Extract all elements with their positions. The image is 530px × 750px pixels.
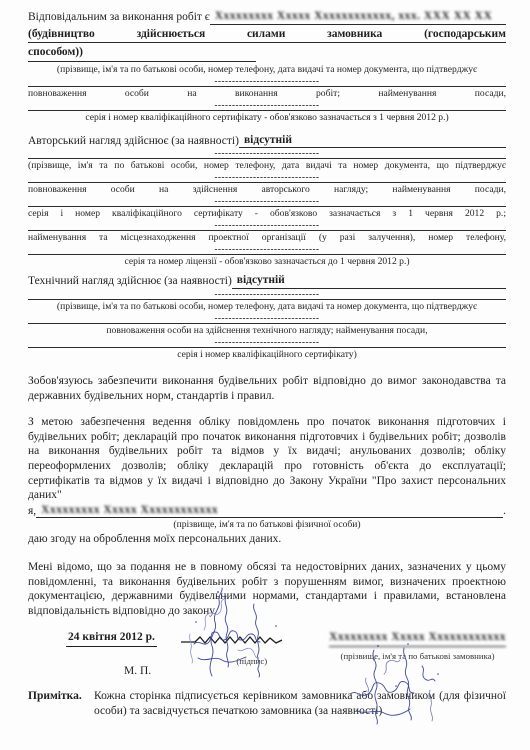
responsible-name-field: Ххххххххх Ххххх Хххххххххххх, ххх. ХХХ Х…	[210, 9, 506, 25]
author-caption-4: найменування та місцезнаходження проектн…	[28, 232, 506, 244]
dashes-separator: ------------------------------	[28, 78, 506, 85]
consent-suffix: .	[503, 504, 506, 519]
scanned-declaration-page: { "separator_dashes": "-----------------…	[0, 0, 530, 750]
field-rule	[28, 230, 506, 231]
dashes-separator: ------------------------------	[28, 198, 506, 205]
field-rule	[28, 206, 506, 207]
signature-date-column: 24 квітня 2012 р. М. П.	[28, 630, 180, 678]
tech-supervision-value: відсутній	[237, 274, 285, 286]
registry-paragraph: З метою забезпечення ведення обліку пові…	[28, 415, 506, 503]
responsible-caption-2: повноваження особи на виконання робіт; н…	[28, 88, 506, 100]
dashes-separator: ------------------------------	[28, 222, 506, 229]
consent-name-field: Ххххххххх Ххххх Хххххххххххх	[36, 503, 503, 519]
dashes-separator: ------------------------------	[28, 246, 506, 253]
field-rule	[28, 86, 506, 87]
author-supervision-value: відсутній	[244, 134, 292, 146]
method-line-1: (будівництво здійснюється силами замовни…	[28, 27, 506, 44]
consent-caption: (прізвище, ім'я та по батькові фізичної …	[28, 519, 506, 531]
liability-paragraph: Мені відомо, що за подання не в повному …	[28, 560, 506, 618]
consent-prefix: я,	[28, 504, 36, 519]
field-rule	[28, 299, 506, 300]
redacted-executor-name: Ххххххххх Ххххх Хххххххххххх, ххх. ХХХ Х…	[215, 10, 493, 22]
consent-statement: даю згоду на оброблення моїх персональни…	[28, 532, 506, 547]
note-text: Кожна сторінка підписується керівником з…	[94, 689, 506, 718]
responsible-caption-3: серія і номер кваліфікаційного сертифіка…	[28, 112, 506, 124]
customer-name-column: Ххххххххх Ххххх Хххххххххххх (прізвище, …	[323, 630, 506, 678]
signature-zigzag-line	[180, 634, 288, 648]
obligation-paragraph: Зобов'язуюсь забезпечити виконання будів…	[28, 374, 506, 403]
dashes-separator: ------------------------------	[28, 291, 506, 298]
tech-supervision-field: відсутній	[232, 273, 506, 289]
tech-caption-1: (прізвище, ім'я та по батькові особи, но…	[28, 301, 506, 313]
field-rule	[28, 347, 506, 348]
tech-supervision-line: Технічний нагляд здійснює (за наявності)…	[28, 273, 506, 289]
dashes-separator: ------------------------------	[28, 150, 506, 157]
author-supervision-line: Авторський нагляд здійснює (за наявності…	[28, 133, 506, 149]
field-rule	[28, 323, 506, 324]
dashes-separator: ------------------------------	[28, 174, 506, 181]
signature-caption: (підпис)	[180, 654, 323, 669]
redacted-customer-name: Ххххххххх Ххххх Хххххххххххх	[329, 630, 506, 647]
tech-caption-3: серія і номер кваліфікаційного сертифіка…	[28, 349, 506, 361]
tech-supervision-label: Технічний нагляд здійснює (за наявності)	[28, 274, 232, 289]
seal-abbreviation: М. П.	[66, 664, 180, 679]
author-caption-2: повноваження особи на здійснення авторсь…	[28, 184, 506, 196]
customer-name-caption: (прізвище, ім'я та по батькові замовника…	[329, 649, 506, 664]
dashes-separator: ------------------------------	[28, 315, 506, 322]
author-caption-3: серія і номер кваліфікаційного сертифіка…	[28, 208, 506, 220]
redacted-person-name: Ххххххххх Ххххх Хххххххххххх	[41, 504, 218, 516]
responsible-caption-1: (прізвище, ім'я та по батькові особи, но…	[28, 64, 506, 76]
method-line-2: способом))	[28, 45, 256, 62]
responsible-prefix: Відповідальним за виконання робіт є	[28, 10, 210, 25]
author-caption-1: (прізвище, ім'я та по батькові особи, но…	[28, 160, 506, 172]
tech-caption-2: повноваження особи на здійснення технічн…	[28, 325, 506, 337]
signature-date: 24 квітня 2012 р.	[66, 630, 157, 647]
signature-block: 24 квітня 2012 р. М. П. (підпис)	[28, 630, 506, 678]
dashes-separator: ------------------------------	[28, 102, 506, 109]
author-supervision-label: Авторський нагляд здійснює (за наявності…	[28, 134, 239, 149]
field-rule	[28, 110, 506, 111]
field-rule	[28, 158, 506, 159]
author-supervision-field: відсутній	[239, 133, 506, 149]
dashes-separator: ------------------------------	[28, 339, 506, 346]
signature-column: (підпис)	[180, 630, 323, 678]
author-caption-5: серія та номер ліцензії - обов'язково за…	[28, 256, 506, 268]
responsible-line: Відповідальним за виконання робіт є Хххх…	[28, 9, 506, 25]
consent-line: я, Ххххххххх Ххххх Хххххххххххх .	[28, 503, 506, 519]
field-rule	[28, 254, 506, 255]
field-rule	[28, 182, 506, 183]
note-label: Примітка.	[28, 689, 94, 718]
note-block: Примітка. Кожна сторінка підписується ке…	[28, 689, 506, 718]
